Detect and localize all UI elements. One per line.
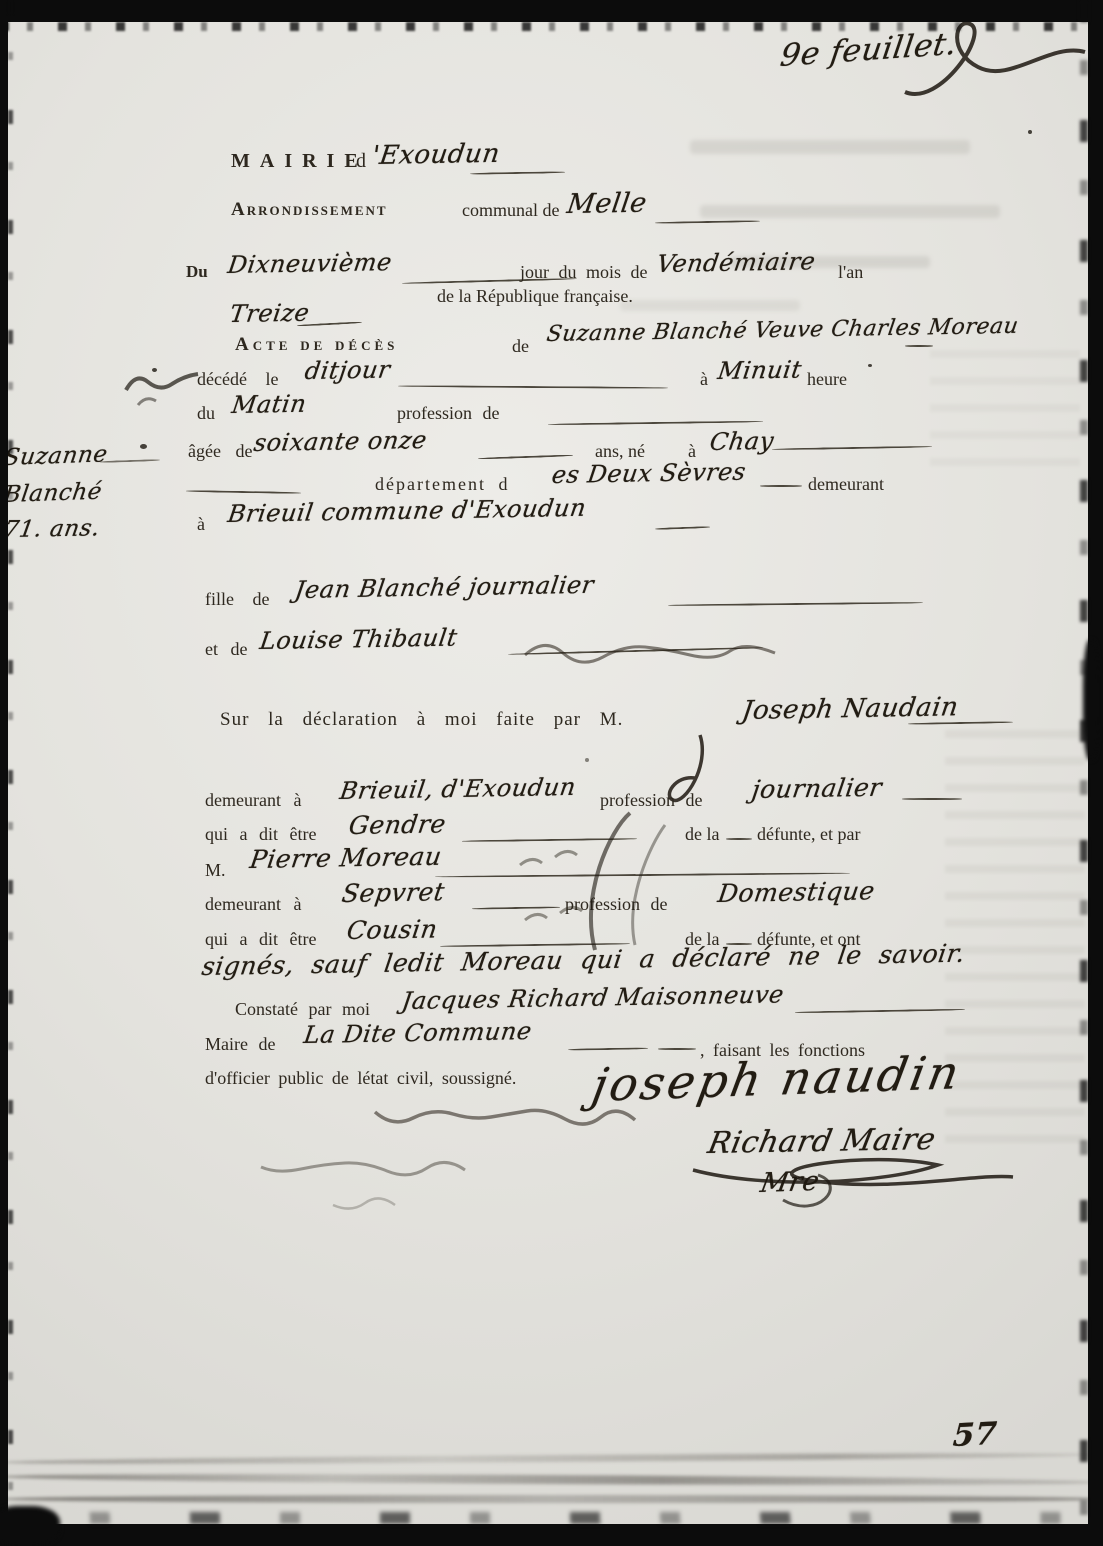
period-handwritten: Matin: [230, 390, 308, 419]
scan-border-right: [1088, 0, 1103, 1546]
residence1-handwritten: Brieuil, d'Exoudun: [338, 773, 578, 805]
mairie-de-label: d: [356, 150, 366, 173]
ink-spot: [140, 444, 147, 449]
filler-dash: [668, 602, 923, 607]
deceased-name-handwritten: Suzanne Blanché Veuve Charles Moreau: [545, 314, 1020, 347]
date-day-handwritten: Dixneuvième: [226, 248, 394, 279]
commune-handwritten: La Dite Commune: [302, 1017, 534, 1049]
filler-dash: [398, 385, 668, 389]
age-handwritten: soixante onze: [252, 426, 429, 457]
filler-dash: [100, 459, 160, 463]
qualite1-label: qui a dit être: [205, 824, 316, 845]
heure-label: heure: [807, 369, 847, 390]
filler-dash: [772, 446, 932, 451]
mairie-label: Mairie: [231, 150, 368, 173]
filler-dash: [470, 171, 565, 175]
date-month-handwritten: Vendémiaire: [655, 247, 817, 278]
ink-spot: [868, 364, 872, 367]
qualite2-handwritten: Cousin: [345, 914, 440, 945]
residence2-handwritten: Sepvret: [340, 877, 447, 908]
filler-dash: [655, 526, 710, 530]
ink-scribble: [118, 350, 218, 410]
officier-label: d'officier public de létat civil, soussi…: [205, 1068, 516, 1089]
filler-dash: [655, 220, 760, 224]
scan-border-bottom: [0, 1524, 1103, 1546]
bleedthrough-mark: [700, 205, 1000, 218]
margin-note-name2: Blanché: [2, 479, 104, 508]
departement-handwritten: es Deux Sèvres: [550, 458, 748, 489]
fille-de-label: fille de: [205, 589, 269, 610]
scanned-death-record-page: { "colors": { "ink": "#241f17", "paper":…: [0, 0, 1103, 1546]
a3-label: à: [197, 514, 205, 535]
filler-dash: [795, 1009, 965, 1014]
demeurant2-label: demeurant à: [205, 894, 301, 915]
maire-de-label: Maire de: [205, 1034, 275, 1055]
date-year-handwritten: Treize: [228, 299, 311, 328]
qualite1-handwritten: Gendre: [347, 809, 448, 840]
margin-note-age: 71. ans.: [2, 515, 102, 543]
scan-corner-blob: [0, 1506, 60, 1546]
defunte-par-label: défunte, et par: [757, 824, 860, 845]
scan-border-left: [0, 0, 8, 1546]
ink-scribble: [520, 630, 780, 675]
departement-label: département d: [375, 474, 509, 495]
constate-label: Constaté par moi: [235, 999, 370, 1020]
arrondissement-label: Arrondissement: [231, 199, 388, 221]
m2-label: M.: [205, 860, 226, 881]
scan-border-top: [0, 0, 1103, 22]
paper-grain-streak: [0, 1495, 1103, 1503]
du-label: Du: [186, 262, 208, 282]
ink-spot: [585, 758, 589, 762]
declarant2-handwritten: Pierre Moreau: [248, 842, 444, 874]
filler-dash: [548, 420, 763, 425]
republique-label: de la République française.: [437, 286, 633, 307]
death-hour-handwritten: Minuit: [716, 356, 804, 385]
signature-underline-flourish: [688, 1145, 1018, 1225]
filler-dash: [186, 490, 301, 494]
filler-dash: [568, 1047, 648, 1050]
qualite2-label: qui a dit être: [205, 929, 316, 950]
birthplace-handwritten: Chay: [708, 427, 776, 456]
et-de-label: et de: [205, 639, 247, 660]
father-handwritten: Jean Blanché journalier: [293, 571, 596, 604]
mairie-commune-handwritten: 'Exoudun: [370, 139, 502, 171]
bleedthrough-column: [930, 350, 1080, 470]
ink-scribble: [500, 805, 720, 955]
bleedthrough-mark: [620, 300, 800, 311]
an-label: l'an: [838, 262, 863, 283]
demeurant-label: demeurant: [808, 474, 884, 495]
declarant1-handwritten: Joseph Naudain: [740, 692, 960, 726]
bleedthrough-mark: [690, 140, 970, 154]
officiant-handwritten: Jacques Richard Maisonneuve: [400, 980, 786, 1015]
profession-label: profession de: [397, 403, 499, 424]
acte-title-label: Acte de décès: [235, 334, 398, 356]
mother-handwritten: Louise Thibault: [258, 624, 459, 655]
ink-spot: [152, 368, 157, 372]
profession1-handwritten: journalier: [750, 773, 884, 804]
declaration-intro-label: Sur la déclaration à moi faite par M.: [220, 709, 623, 731]
filler-dash: [905, 345, 933, 347]
agee-de-label: âgée de: [188, 441, 252, 462]
jour-mois-label: jour du mois de: [520, 262, 648, 283]
paper-grain-streak: [0, 1451, 1103, 1466]
bleedthrough-scribble: [85, 1095, 645, 1215]
profession2-handwritten: Domestique: [716, 876, 877, 908]
filler-dash: [902, 798, 962, 800]
arrondissement-commune-handwritten: Melle: [565, 188, 649, 220]
filler-dash: [726, 838, 752, 840]
paper-sheet: 9e feuillet. Mairie d 'Exoudun Arrondiss…: [0, 0, 1103, 1546]
page-number: 57: [952, 1416, 998, 1454]
paper-grain-streak: [0, 1472, 1103, 1487]
acte-title-de: de: [512, 336, 529, 357]
residence-handwritten: Brieuil commune d'Exoudun: [226, 494, 588, 528]
death-day-handwritten: ditjour: [303, 356, 392, 385]
arrondissement-label2: communal de: [462, 200, 559, 221]
margin-note-name1: Suzanne: [2, 441, 109, 471]
filler-dash: [478, 454, 573, 459]
filler-dash: [658, 1048, 696, 1050]
filler-dash: [760, 485, 802, 487]
ink-spot: [1028, 130, 1032, 134]
demeurant1-label: demeurant à: [205, 790, 301, 811]
scan-corner-blob: [1083, 640, 1099, 760]
a-label: à: [700, 369, 708, 390]
